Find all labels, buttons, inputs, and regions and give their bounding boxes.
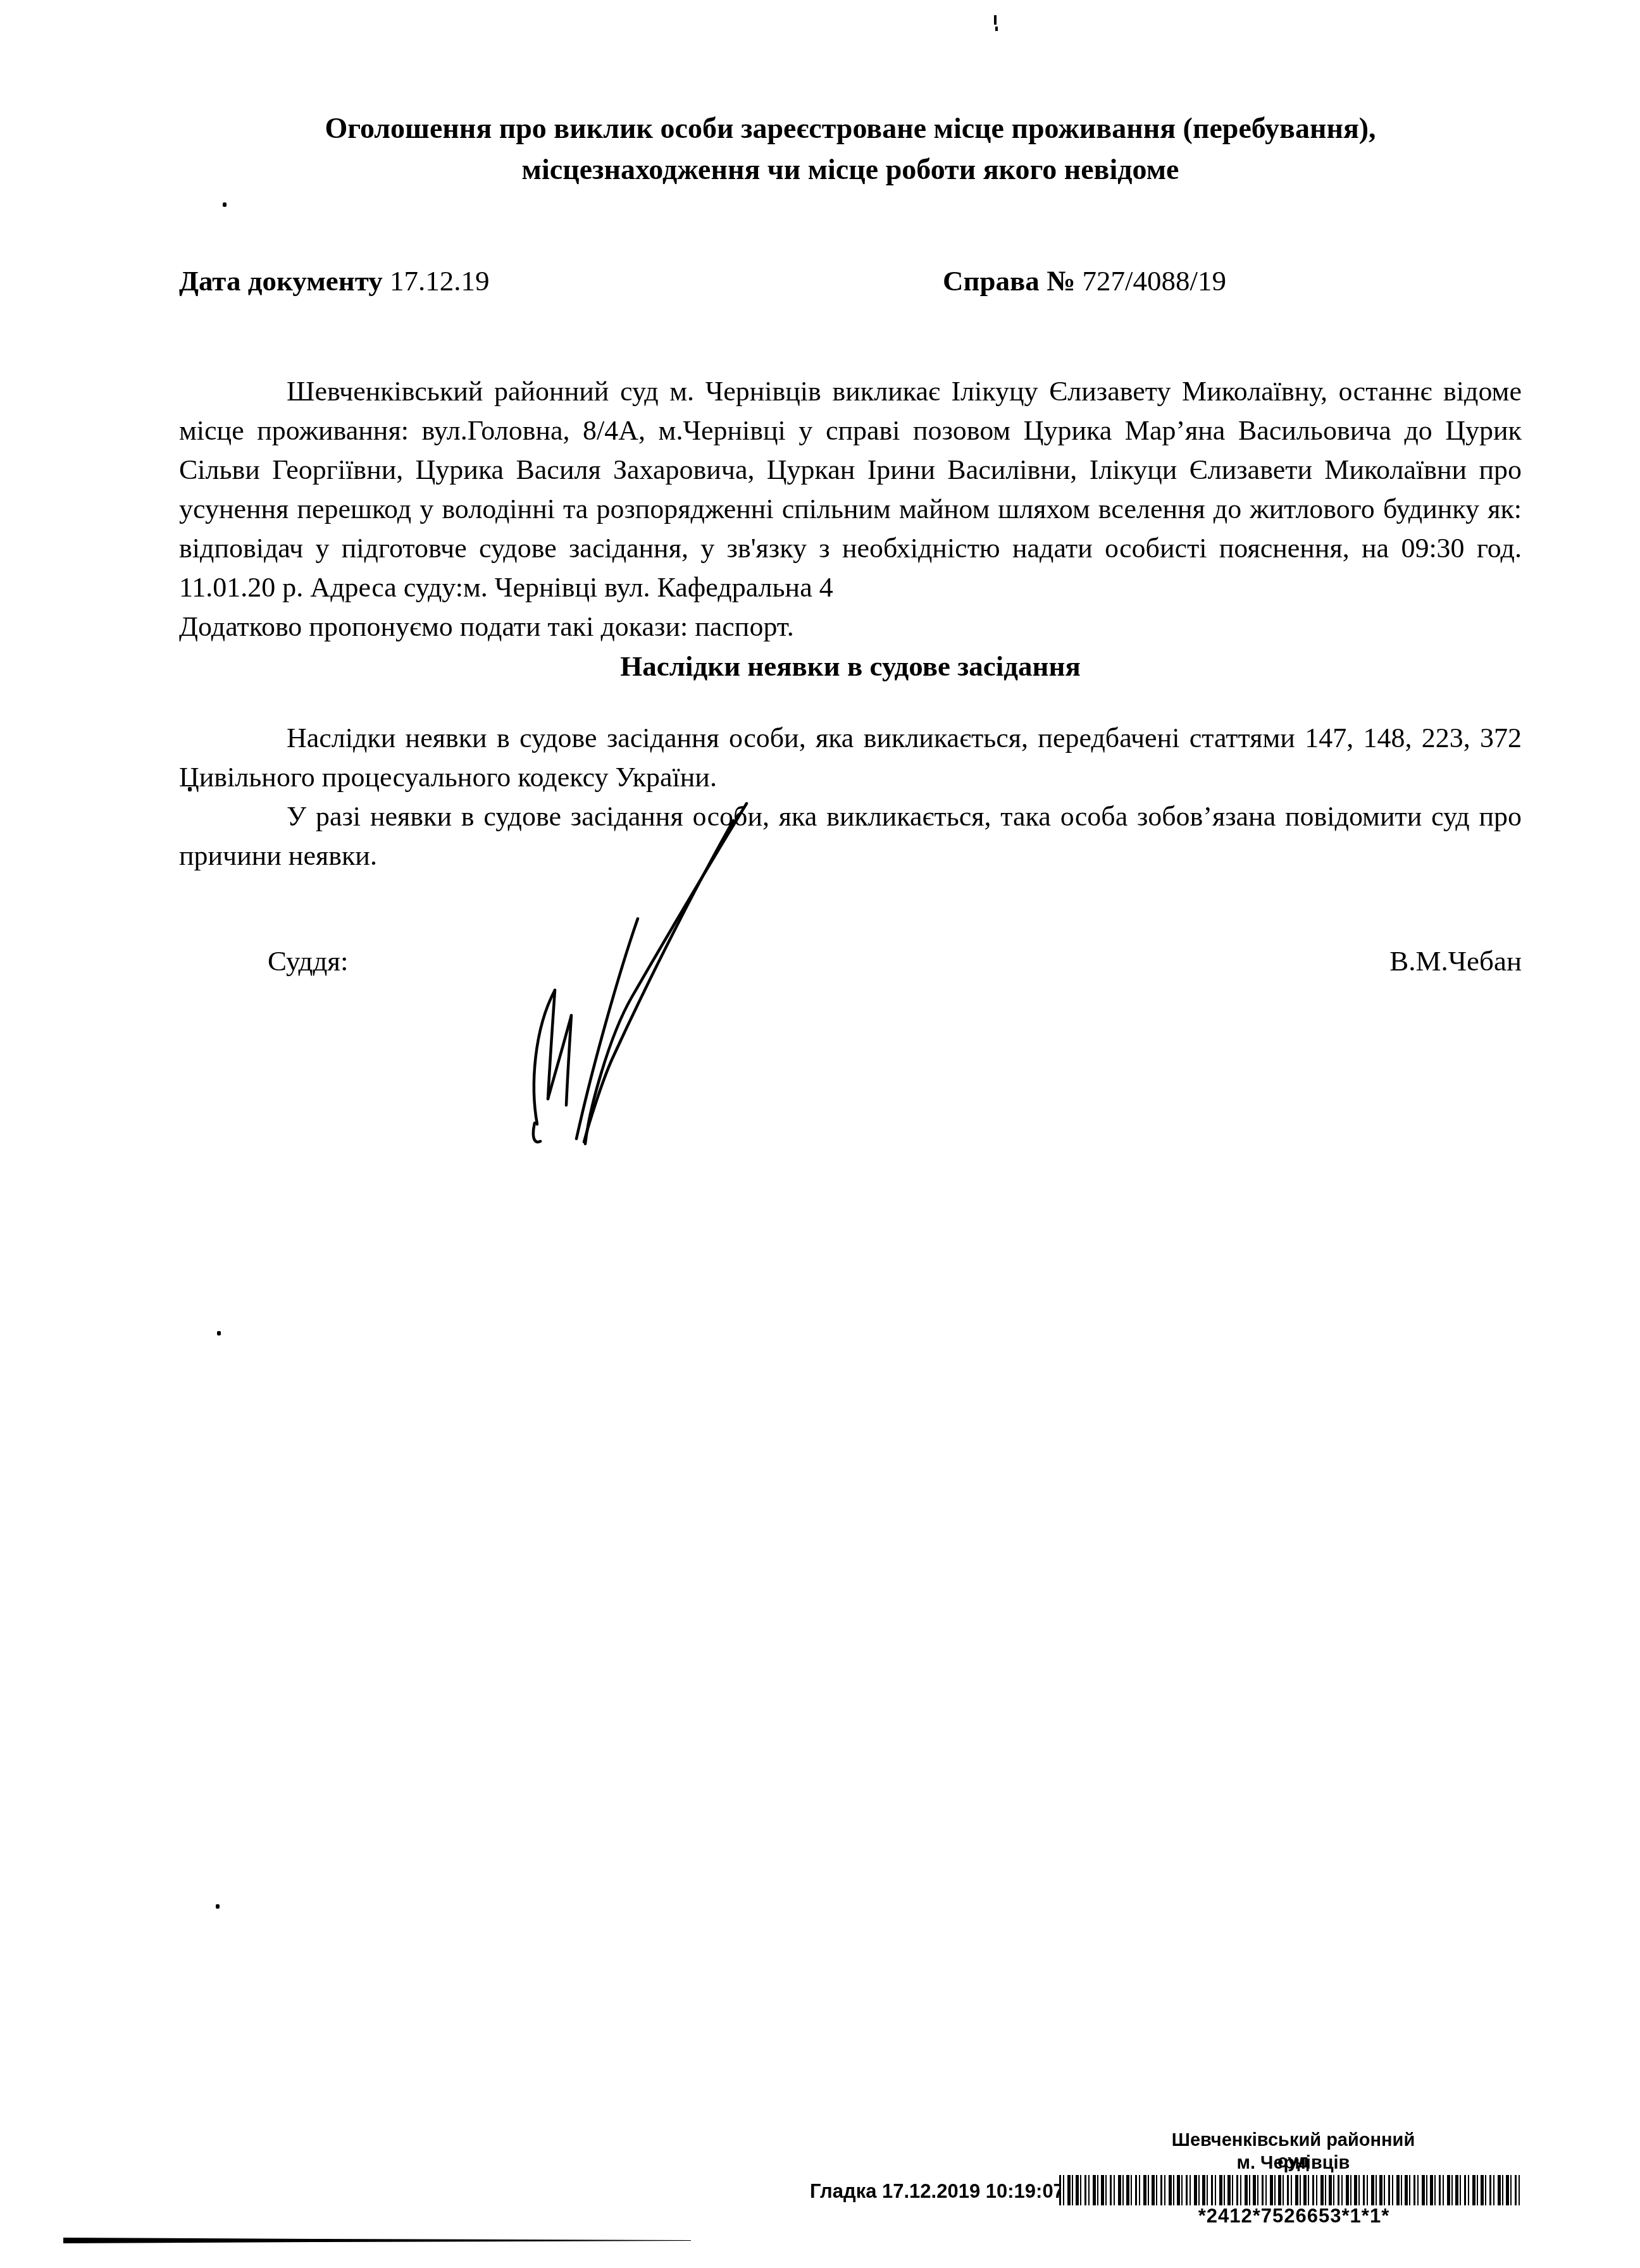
signature-row: Суддя: В.М.Чебан xyxy=(179,941,1522,987)
document-title: Оголошення про виклик особи зареєстрован… xyxy=(179,108,1522,190)
case-number-value: 727/4088/19 xyxy=(1082,265,1226,297)
document-date-value: 17.12.19 xyxy=(390,265,490,297)
case-number-label: Справа № xyxy=(943,265,1075,297)
summons-paragraph: Шевченківський районний суд м. Чернівців… xyxy=(179,372,1522,607)
barcode xyxy=(1059,2175,1522,2205)
scan-artifact-tick xyxy=(994,15,997,25)
evidence-paragraph: Додатково пропонуємо подати такі докази:… xyxy=(179,607,1522,647)
case-number: Справа № 727/4088/19 xyxy=(943,264,1226,297)
scan-artifact-tick xyxy=(995,27,998,31)
barcode-number: *2412*7526653*1*1* xyxy=(1193,2205,1395,2227)
scanned-court-document-page: Оголошення про виклик особи зареєстрован… xyxy=(0,0,1640,2268)
scan-speckle xyxy=(216,1904,220,1909)
document-body: Шевченківський районний суд м. Чернівців… xyxy=(179,372,1522,987)
scan-speckle xyxy=(217,1331,221,1335)
document-date: Дата документу 17.12.19 xyxy=(179,264,489,297)
section-heading: Наслідки неявки в судове засідання xyxy=(179,647,1522,686)
document-date-label: Дата документу xyxy=(179,265,383,297)
footer-court-city: м. Чернівців xyxy=(1160,2152,1426,2174)
document-title-line2: місцезнаходження чи місце роботи якого н… xyxy=(179,149,1522,190)
scan-speckle xyxy=(223,202,227,207)
judge-name: В.М.Чебан xyxy=(1389,941,1522,981)
document-meta-row: Дата документу 17.12.19 Справа № 727/408… xyxy=(179,264,1522,302)
judge-role-label: Суддя: xyxy=(268,941,349,981)
footer-clerk-timestamp: Гладка 17.12.2019 10:19:07 xyxy=(810,2180,1057,2203)
consequences-paragraph-2: У разі неявки в судове засідання особи, … xyxy=(179,797,1522,876)
consequences-paragraph-1: Наслідки неявки в судове засідання особи… xyxy=(179,719,1522,797)
document-title-line1: Оголошення про виклик особи зареєстрован… xyxy=(179,108,1522,149)
scan-artifact-line xyxy=(63,2238,691,2243)
